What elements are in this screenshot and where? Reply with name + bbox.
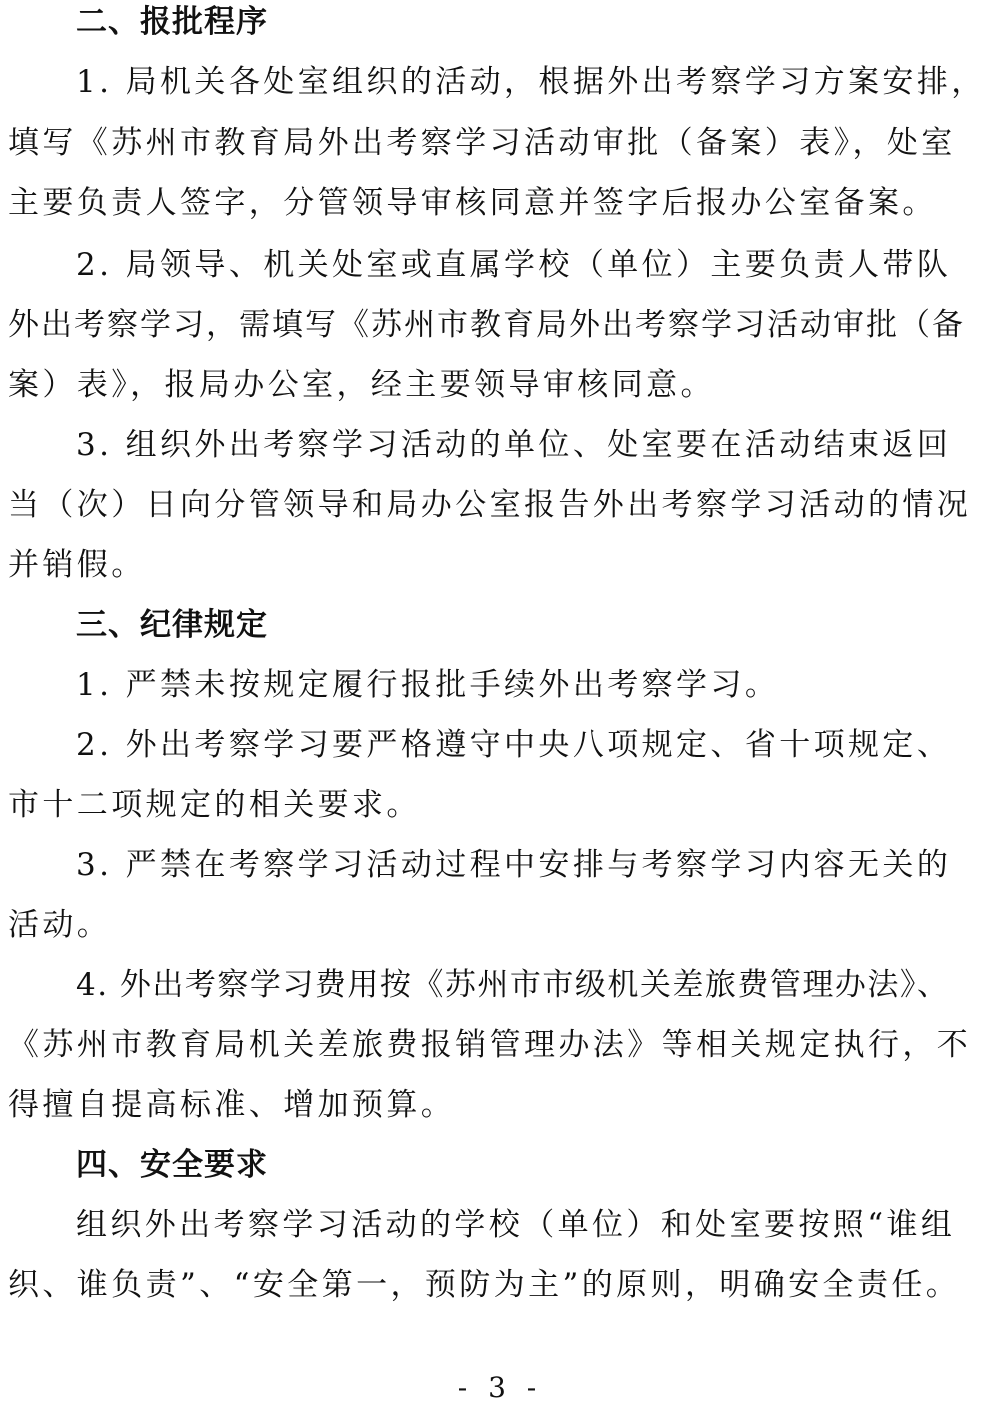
- paragraph-line: 并销假。: [0, 543, 1000, 587]
- paragraph-line: 当（次）日向分管领导和局办公室报告外出考察学习活动的情况: [0, 483, 1000, 527]
- page-number: - 3 -: [0, 1370, 1000, 1406]
- paragraph-line: 1. 局机关各处室组织的活动，根据外出考察学习方案安排，: [0, 60, 1000, 104]
- paragraph-line: 织、谁负责”、“安全第一，预防为主”的原则，明确安全责任。: [0, 1263, 1000, 1307]
- paragraph-line: 活动。: [0, 903, 1000, 947]
- paragraph-line: 市十二项规定的相关要求。: [0, 783, 1000, 827]
- paragraph-line: 组织外出考察学习活动的学校（单位）和处室要按照“谁组: [0, 1203, 1000, 1247]
- paragraph-line: 填写《苏州市教育局外出考察学习活动审批（备案）表》，处室: [0, 121, 1000, 165]
- paragraph-line: 外出考察学习，需填写《苏州市教育局外出考察学习活动审批（备: [0, 303, 1000, 347]
- section-heading-approval-procedure: 二、报批程序: [0, 0, 1000, 44]
- paragraph-line: 3. 严禁在考察学习活动过程中安排与考察学习内容无关的: [0, 843, 1000, 887]
- paragraph-line: 3. 组织外出考察学习活动的单位、处室要在活动结束返回: [0, 423, 1000, 467]
- paragraph-line: 1. 严禁未按规定履行报批手续外出考察学习。: [0, 663, 1000, 707]
- paragraph-line: 2. 外出考察学习要严格遵守中央八项规定、省十项规定、: [0, 723, 1000, 767]
- section-heading-safety-requirements: 四、安全要求: [0, 1143, 1000, 1187]
- paragraph-line: 4. 外出考察学习费用按《苏州市市级机关差旅费管理办法》、: [0, 963, 1000, 1007]
- section-heading-discipline-rules: 三、纪律规定: [0, 603, 1000, 647]
- paragraph-line: 主要负责人签字，分管领导审核同意并签字后报办公室备案。: [0, 181, 1000, 225]
- paragraph-line: 案）表》，报局办公室，经主要领导审核同意。: [0, 363, 1000, 407]
- paragraph-line: 《苏州市教育局机关差旅费报销管理办法》等相关规定执行，不: [0, 1023, 1000, 1067]
- paragraph-line: 2. 局领导、机关处室或直属学校（单位）主要负责人带队: [0, 243, 1000, 287]
- paragraph-line: 得擅自提高标准、增加预算。: [0, 1083, 1000, 1127]
